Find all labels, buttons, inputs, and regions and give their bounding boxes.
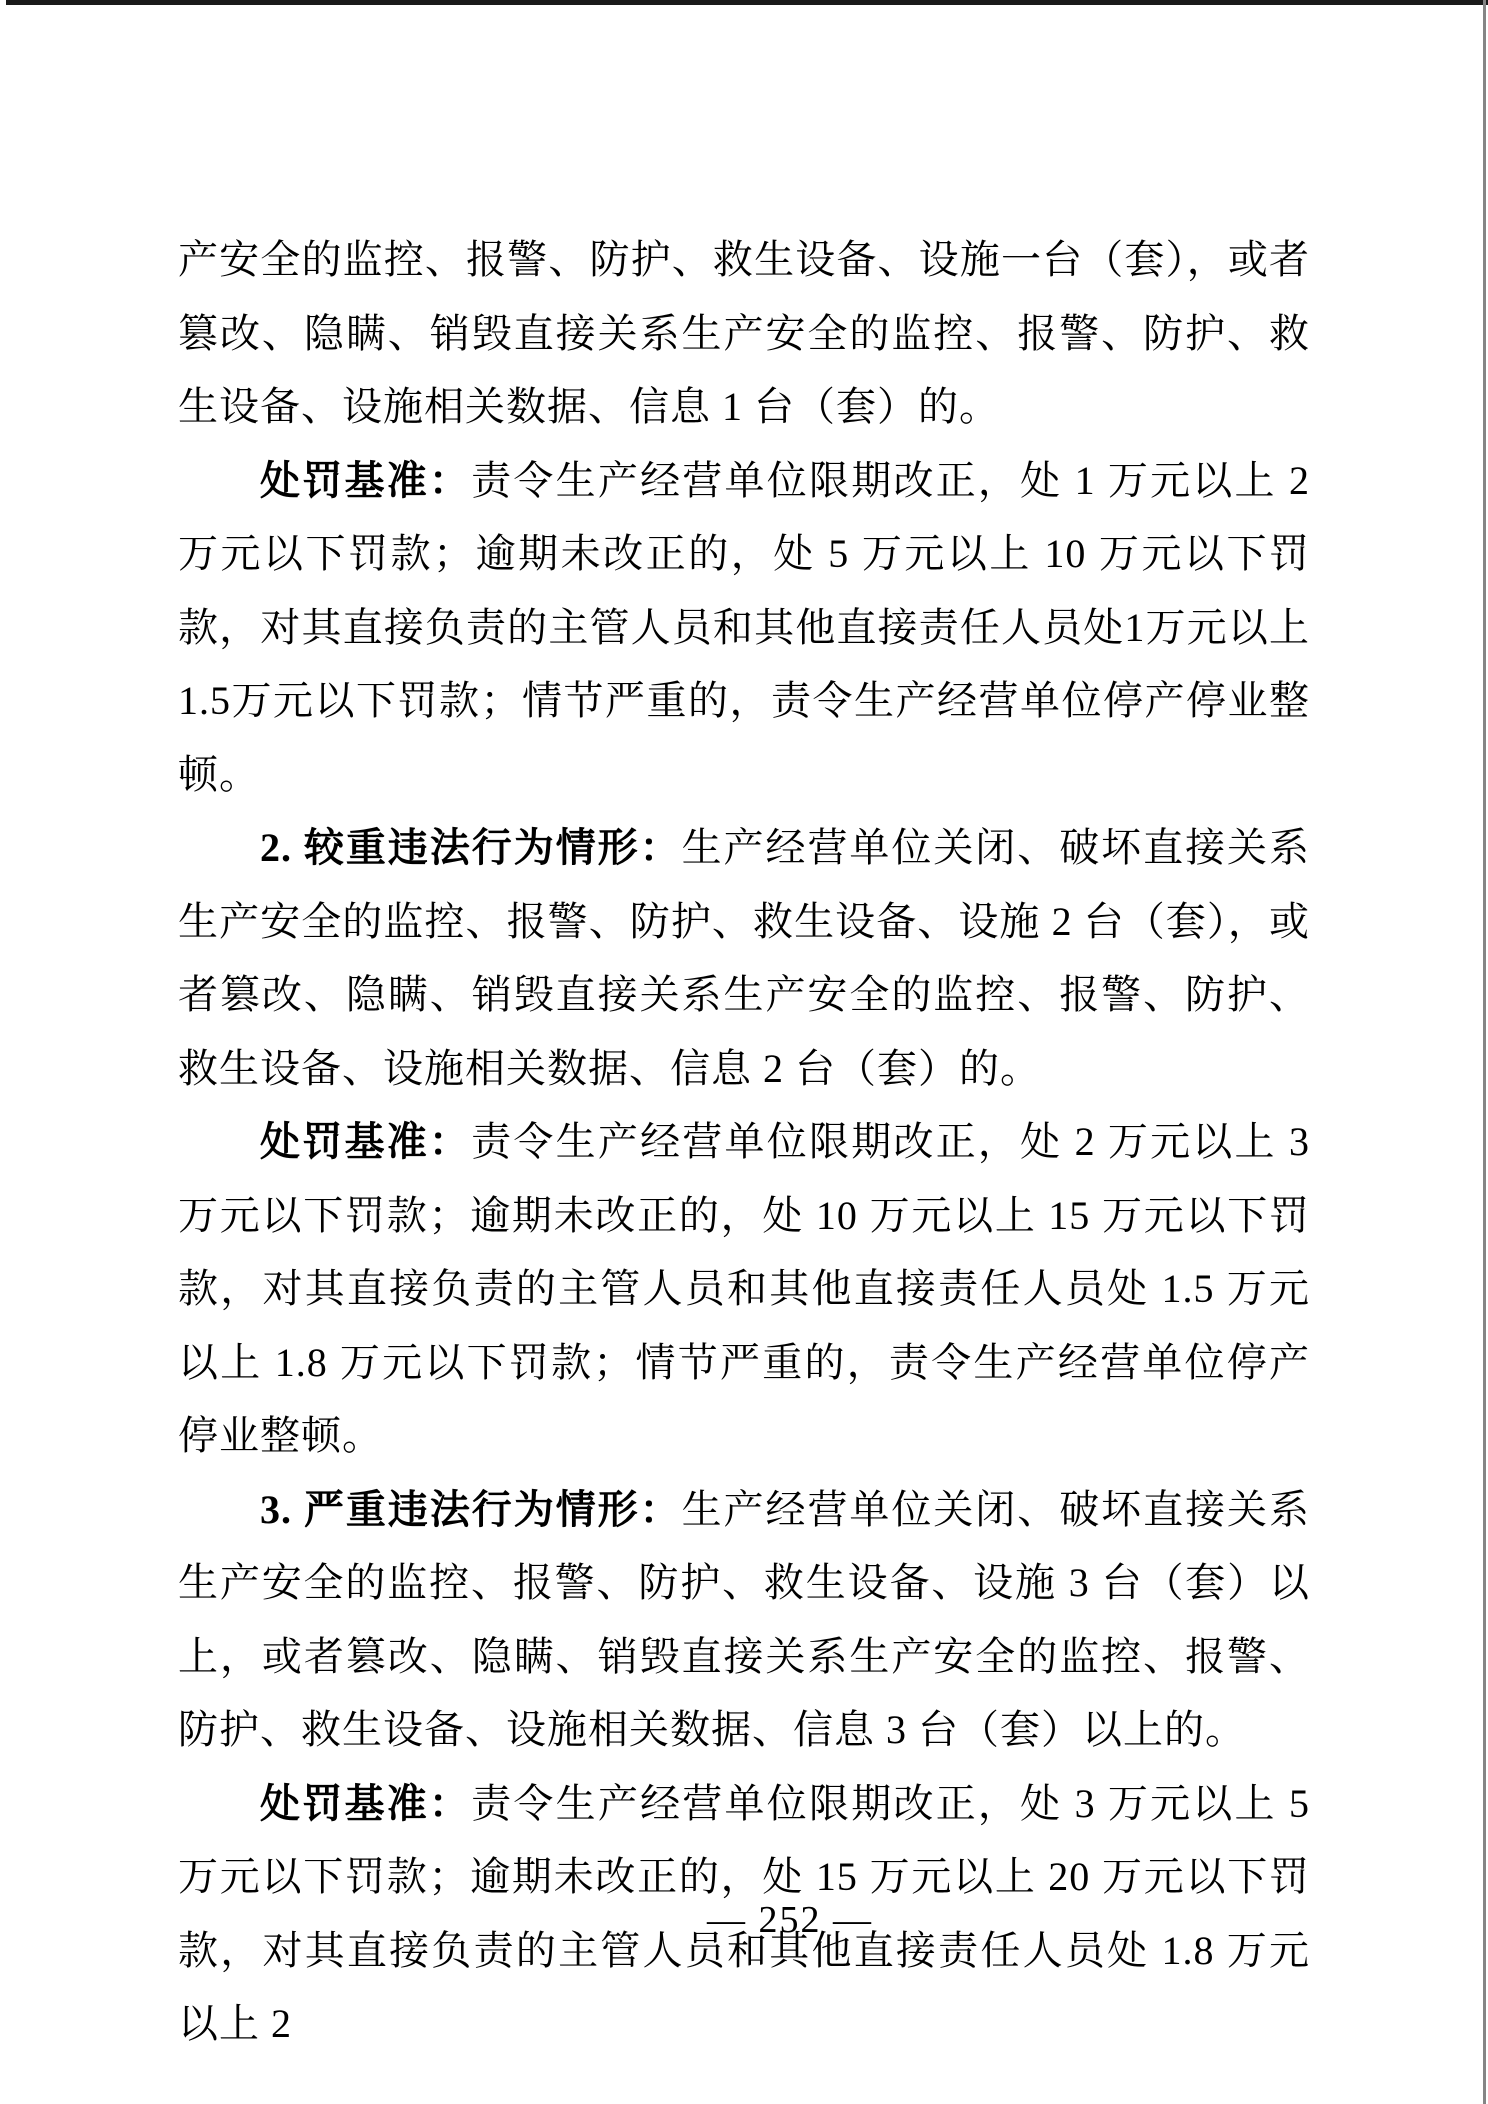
paragraph-text: 产安全的监控、报警、防护、救生设备、设施一台（套），或者篡改、隐瞒、销毁直接关系… [178, 237, 1310, 429]
scan-edge-line [1483, 0, 1486, 2104]
paragraph: 处罚基准：责令生产经营单位限期改正，处 1 万元以上 2 万元以下罚款；逾期未改… [178, 444, 1310, 812]
document-page: { "page": { "background_color": "#ffffff… [0, 0, 1488, 2104]
paragraph-lead-bold: 处罚基准： [260, 1781, 471, 1826]
paragraph: 2. 较重违法行为情形：生产经营单位关闭、破坏直接关系生产安全的监控、报警、防护… [178, 811, 1310, 1105]
paragraph-text: 责令生产经营单位限期改正，处 1 万元以上 2 万元以下罚款；逾期未改正的，处 … [178, 458, 1310, 797]
page-number: — 252 — [46, 1898, 1488, 1942]
page-top-border [6, 0, 1488, 5]
paragraph: 产安全的监控、报警、防护、救生设备、设施一台（套），或者篡改、隐瞒、销毁直接关系… [178, 223, 1310, 444]
paragraph-lead-bold: 处罚基准： [260, 458, 471, 503]
paragraph-lead-bold: 2. 较重违法行为情形： [260, 825, 682, 870]
document-body: 产安全的监控、报警、防护、救生设备、设施一台（套），或者篡改、隐瞒、销毁直接关系… [178, 223, 1310, 2061]
paragraph: 处罚基准：责令生产经营单位限期改正，处 2 万元以上 3 万元以下罚款；逾期未改… [178, 1105, 1310, 1473]
paragraph-lead-bold: 3. 严重违法行为情形： [260, 1487, 682, 1532]
paragraph-lead-bold: 处罚基准： [260, 1119, 471, 1164]
paragraph-text: 责令生产经营单位限期改正，处 2 万元以上 3 万元以下罚款；逾期未改正的，处 … [178, 1119, 1310, 1458]
paragraph: 3. 严重违法行为情形：生产经营单位关闭、破坏直接关系生产安全的监控、报警、防护… [178, 1473, 1310, 1767]
